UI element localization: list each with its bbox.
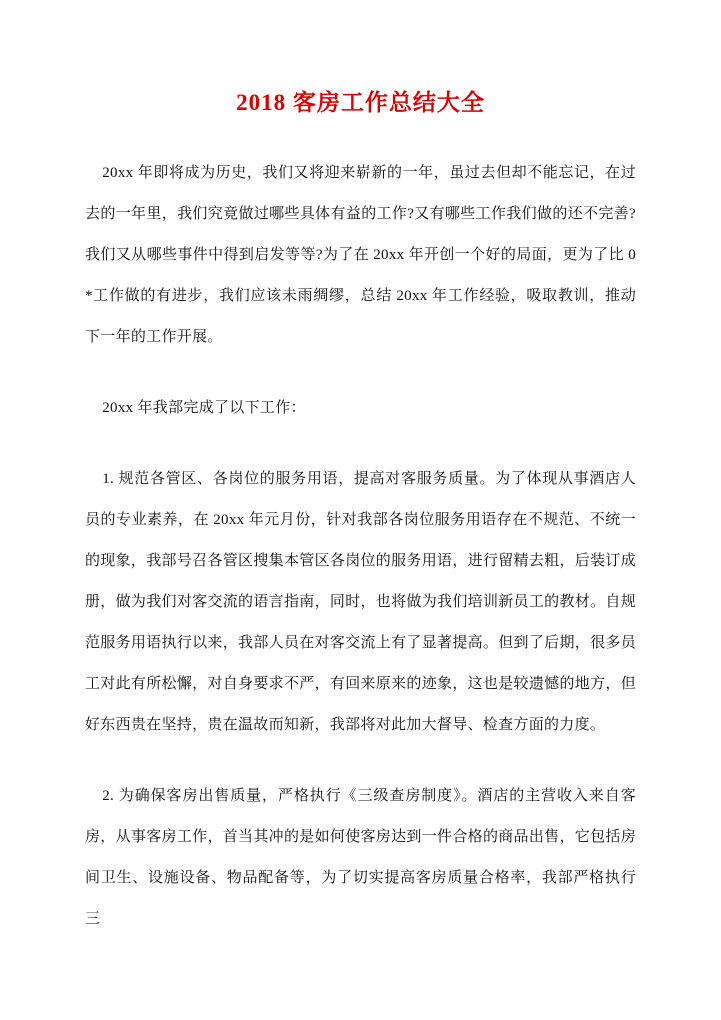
document-title: 2018 客房工作总结大全	[85, 84, 636, 121]
paragraph: 20xx 年即将成为历史，我们又将迎来崭新的一年，虽过去但却不能忘记，在过去的一…	[85, 153, 636, 358]
document-body: 20xx 年即将成为历史，我们又将迎来崭新的一年，虽过去但却不能忘记，在过去的一…	[85, 153, 636, 940]
paragraph: 1. 规范各管区、各岗位的服务用语，提高对客服务质量。为了体现从事酒店人员的专业…	[85, 459, 636, 746]
paragraph: 20xx 年我部完成了以下工作：	[85, 388, 636, 429]
document-page: 2018 客房工作总结大全 20xx 年即将成为历史，我们又将迎来崭新的一年，虽…	[0, 0, 721, 1020]
paragraph: 2. 为确保客房出售质量，严格执行《三级查房制度》。酒店的主营收入来自客房，从事…	[85, 776, 636, 940]
